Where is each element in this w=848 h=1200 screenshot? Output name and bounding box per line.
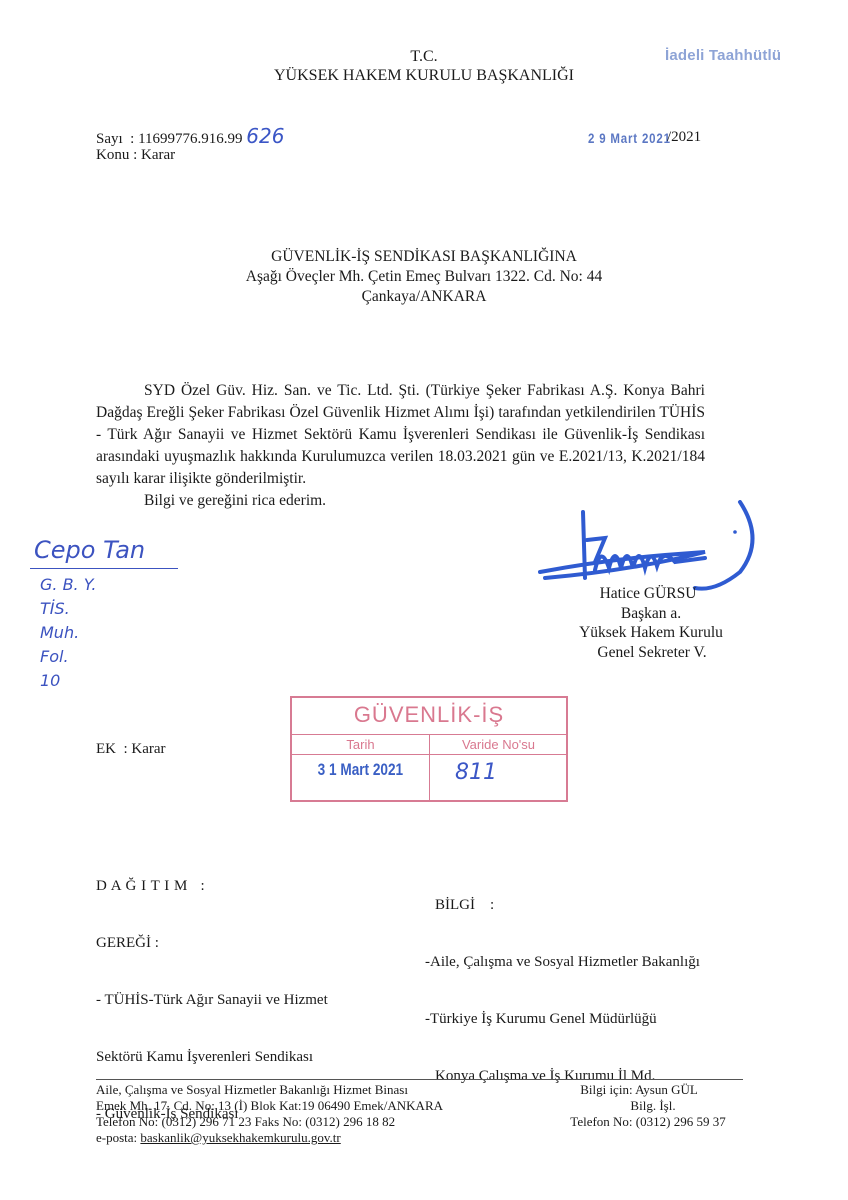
bilgi-heading: BİLGİ : bbox=[425, 896, 700, 915]
gerekli-item: Sektörü Kamu İşverenleri Sendikası bbox=[96, 1048, 328, 1067]
footer-email-link[interactable]: baskanlik@yuksekhakemkurulu.gov.tr bbox=[140, 1130, 340, 1145]
recipient-name: GÜVENLİK-İŞ SENDİKASI BAŞKANLIĞINA bbox=[0, 247, 848, 267]
reference-number-row: Sayı : 11699776.916.99 626 bbox=[96, 127, 284, 148]
footer-contact-block: Bilgi için: Aysun GÜL Bilg. İşl. Telefon… bbox=[548, 1082, 748, 1130]
recipient-address-line2: Çankaya/ANKARA bbox=[0, 287, 848, 307]
gerekli-item: - TÜHİS-Türk Ağır Sanayii ve Hizmet bbox=[96, 991, 328, 1010]
bilgi-item: -Türkiye İş Kurumu Genel Müdürlüğü bbox=[425, 1010, 700, 1029]
signature-block: Hatice GÜRSU Başkan a. Yüksek Hakem Kuru… bbox=[540, 584, 740, 662]
handwritten-note-line: TİS. bbox=[40, 597, 178, 621]
info-distribution-block: BİLGİ : -Aile, Çalışma ve Sosyal Hizmetl… bbox=[425, 858, 700, 1105]
date-suffix: /2021 bbox=[667, 128, 701, 146]
signatory-title3: Genel Sekreter V. bbox=[564, 643, 740, 663]
footer-contact-phone: Telefon No: (0312) 296 59 37 bbox=[548, 1114, 748, 1130]
attachment-value: : Karar bbox=[124, 741, 166, 757]
handwritten-note-line: G. B. Y. bbox=[40, 573, 178, 597]
handwritten-note-underline bbox=[30, 568, 178, 569]
footer-address-line2: Emek Mh. 17. Cd. No: 13 (İ) Blok Kat:19 … bbox=[96, 1098, 443, 1114]
footer-contact-role: Bilg. İşl. bbox=[558, 1098, 748, 1114]
handwritten-reference: 626 bbox=[246, 124, 284, 148]
reference-value: : 11699776.916.99 bbox=[130, 131, 242, 147]
gerekli-heading: GEREĞİ : bbox=[96, 934, 328, 953]
signatory-title1: Başkan a. bbox=[562, 604, 740, 624]
footer-email-label: e-posta: bbox=[96, 1130, 140, 1145]
footer-address-block: Aile, Çalışma ve Sosyal Hizmetler Bakanl… bbox=[96, 1082, 443, 1146]
footer-divider bbox=[96, 1079, 743, 1080]
bilgi-item: -Aile, Çalışma ve Sosyal Hizmetler Bakan… bbox=[425, 953, 700, 972]
stamp-divider bbox=[429, 735, 430, 800]
handwritten-note-heading: Cepo Tan bbox=[34, 536, 178, 564]
handwritten-note: Cepo Tan G. B. Y. TİS. Muh. Fol. 10 bbox=[34, 536, 178, 693]
registered-mail-stamp: İadeli Taahhütlü bbox=[665, 47, 781, 64]
letter-body: SYD Özel Güv. Hiz. San. ve Tic. Ltd. Şti… bbox=[96, 380, 705, 512]
subject-row: Konu : Karar bbox=[96, 146, 175, 164]
handwritten-note-line: 10 bbox=[40, 669, 178, 693]
date-stamp: 2 9 Mart 2021 bbox=[588, 130, 671, 146]
handwritten-note-line: Muh. bbox=[40, 621, 178, 645]
attachment-label: EK bbox=[96, 741, 116, 757]
footer-address-line1: Aile, Çalışma ve Sosyal Hizmetler Bakanl… bbox=[96, 1082, 443, 1098]
footer-contact-person: Bilgi için: Aysun GÜL bbox=[530, 1082, 748, 1098]
signatory-title2: Yüksek Hakem Kurulu bbox=[562, 623, 740, 643]
stamp-date-value: 3 1 Mart 2021 bbox=[318, 760, 403, 780]
recipient-block: GÜVENLİK-İŞ SENDİKASI BAŞKANLIĞINA Aşağı… bbox=[0, 247, 848, 307]
reference-label: Sayı bbox=[96, 131, 123, 147]
footer-email-line: e-posta: baskanlik@yuksekhakemkurulu.gov… bbox=[96, 1130, 443, 1146]
stamp-date-label: Tarih bbox=[292, 737, 429, 754]
header-institution: YÜKSEK HAKEM KURULU BAŞKANLIĞI bbox=[0, 66, 848, 85]
attachment-row: EK : Karar bbox=[96, 740, 166, 758]
signatory-name: Hatice GÜRSU bbox=[556, 584, 740, 604]
registration-stamp: GÜVENLİK-İŞ Tarih Varide No'su 3 1 Mart … bbox=[290, 696, 568, 802]
recipient-address-line1: Aşağı Öveçler Mh. Çetin Emeç Bulvarı 132… bbox=[0, 267, 848, 287]
stamp-number-label: Varide No'su bbox=[431, 737, 566, 754]
footer-phone-line: Telefon No: (0312) 296 71 23 Faks No: (0… bbox=[96, 1114, 443, 1130]
subject-value: : Karar bbox=[133, 147, 175, 163]
handwritten-note-line: Fol. bbox=[40, 645, 178, 669]
subject-label: Konu bbox=[96, 147, 129, 163]
stamp-title: GÜVENLİK-İŞ bbox=[292, 702, 566, 732]
body-paragraph: SYD Özel Güv. Hiz. San. ve Tic. Ltd. Şti… bbox=[96, 380, 705, 490]
stamp-number-value: 811 bbox=[455, 760, 497, 785]
distribution-heading: D A Ğ I T I M : bbox=[96, 877, 328, 896]
